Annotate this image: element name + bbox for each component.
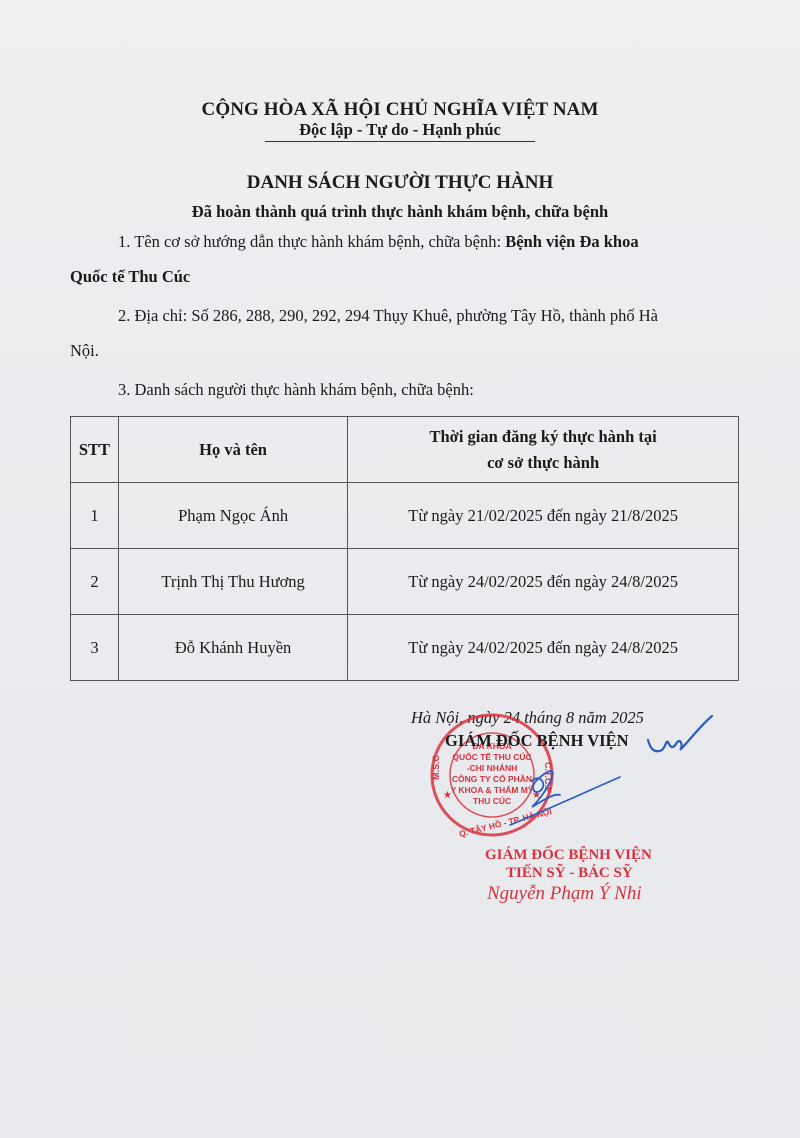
main-signature-icon: [470, 755, 640, 835]
item-2-address: 2. Địa chỉ: Số 286, 288, 290, 292, 294 T…: [118, 306, 658, 326]
table-row: 3 Đỗ Khánh Huyền Từ ngày 24/02/2025 đến …: [71, 615, 739, 681]
cell-name: Đỗ Khánh Huyền: [118, 615, 347, 681]
item-3: 3. Danh sách người thực hành khám bệnh, …: [118, 380, 474, 400]
item-1: 1. Tên cơ sở hướng dẫn thực hành khám bệ…: [118, 232, 639, 252]
header-period: Thời gian đăng ký thực hành tại cơ sở th…: [348, 417, 739, 483]
practitioner-table: STT Họ và tên Thời gian đăng ký thực hàn…: [70, 416, 739, 681]
cell-stt: 3: [71, 615, 119, 681]
header-period-line2: cơ sở thực hành: [348, 450, 738, 476]
header-stt: STT: [71, 417, 119, 483]
cell-name: Phạm Ngọc Ánh: [118, 483, 347, 549]
cell-period: Từ ngày 24/02/2025 đến ngày 24/8/2025: [348, 549, 739, 615]
document-page: CỘNG HÒA XÃ HỘI CHỦ NGHĨA VIỆT NAM Độc l…: [0, 0, 800, 1138]
item-2-address-cont: Nội.: [70, 341, 99, 361]
cell-stt: 2: [71, 549, 119, 615]
stamp-title-director: GIÁM ĐỐC BỆNH VIỆN: [485, 847, 652, 864]
cell-period: Từ ngày 24/02/2025 đến ngày 24/8/2025: [348, 615, 739, 681]
stamp-title-degree: TIẾN SỸ - BÁC SỸ: [506, 865, 633, 882]
cell-stt: 1: [71, 483, 119, 549]
table-header-row: STT Họ và tên Thời gian đăng ký thực hàn…: [71, 417, 739, 483]
cell-period: Từ ngày 21/02/2025 đến ngày 21/8/2025: [348, 483, 739, 549]
initials-signature-icon: [640, 712, 720, 762]
item-1-label: 1. Tên cơ sở hướng dẫn thực hành khám bệ…: [118, 232, 505, 251]
table-row: 1 Phạm Ngọc Ánh Từ ngày 21/02/2025 đến n…: [71, 483, 739, 549]
director-name: Nguyễn Phạm Ý Nhi: [487, 883, 642, 905]
signer-role: GIÁM ĐỐC BỆNH VIỆN: [445, 731, 629, 751]
document-subtitle: Đã hoàn thành quá trình thực hành khám b…: [0, 202, 800, 222]
cell-name: Trịnh Thị Thu Hương: [118, 549, 347, 615]
header-name: Họ và tên: [118, 417, 347, 483]
motto: Độc lập - Tự do - Hạnh phúc: [0, 120, 800, 140]
nation-heading: CỘNG HÒA XÃ HỘI CHỦ NGHĨA VIỆT NAM: [0, 99, 800, 121]
table-row: 2 Trịnh Thị Thu Hương Từ ngày 24/02/2025…: [71, 549, 739, 615]
document-title: DANH SÁCH NGƯỜI THỰC HÀNH: [0, 172, 800, 194]
motto-underline: [265, 141, 535, 142]
item-1-value: Bệnh viện Đa khoa: [505, 232, 638, 251]
item-1-value-cont: Quốc tế Thu Cúc: [70, 267, 190, 287]
header-period-line1: Thời gian đăng ký thực hành tại: [348, 424, 738, 450]
